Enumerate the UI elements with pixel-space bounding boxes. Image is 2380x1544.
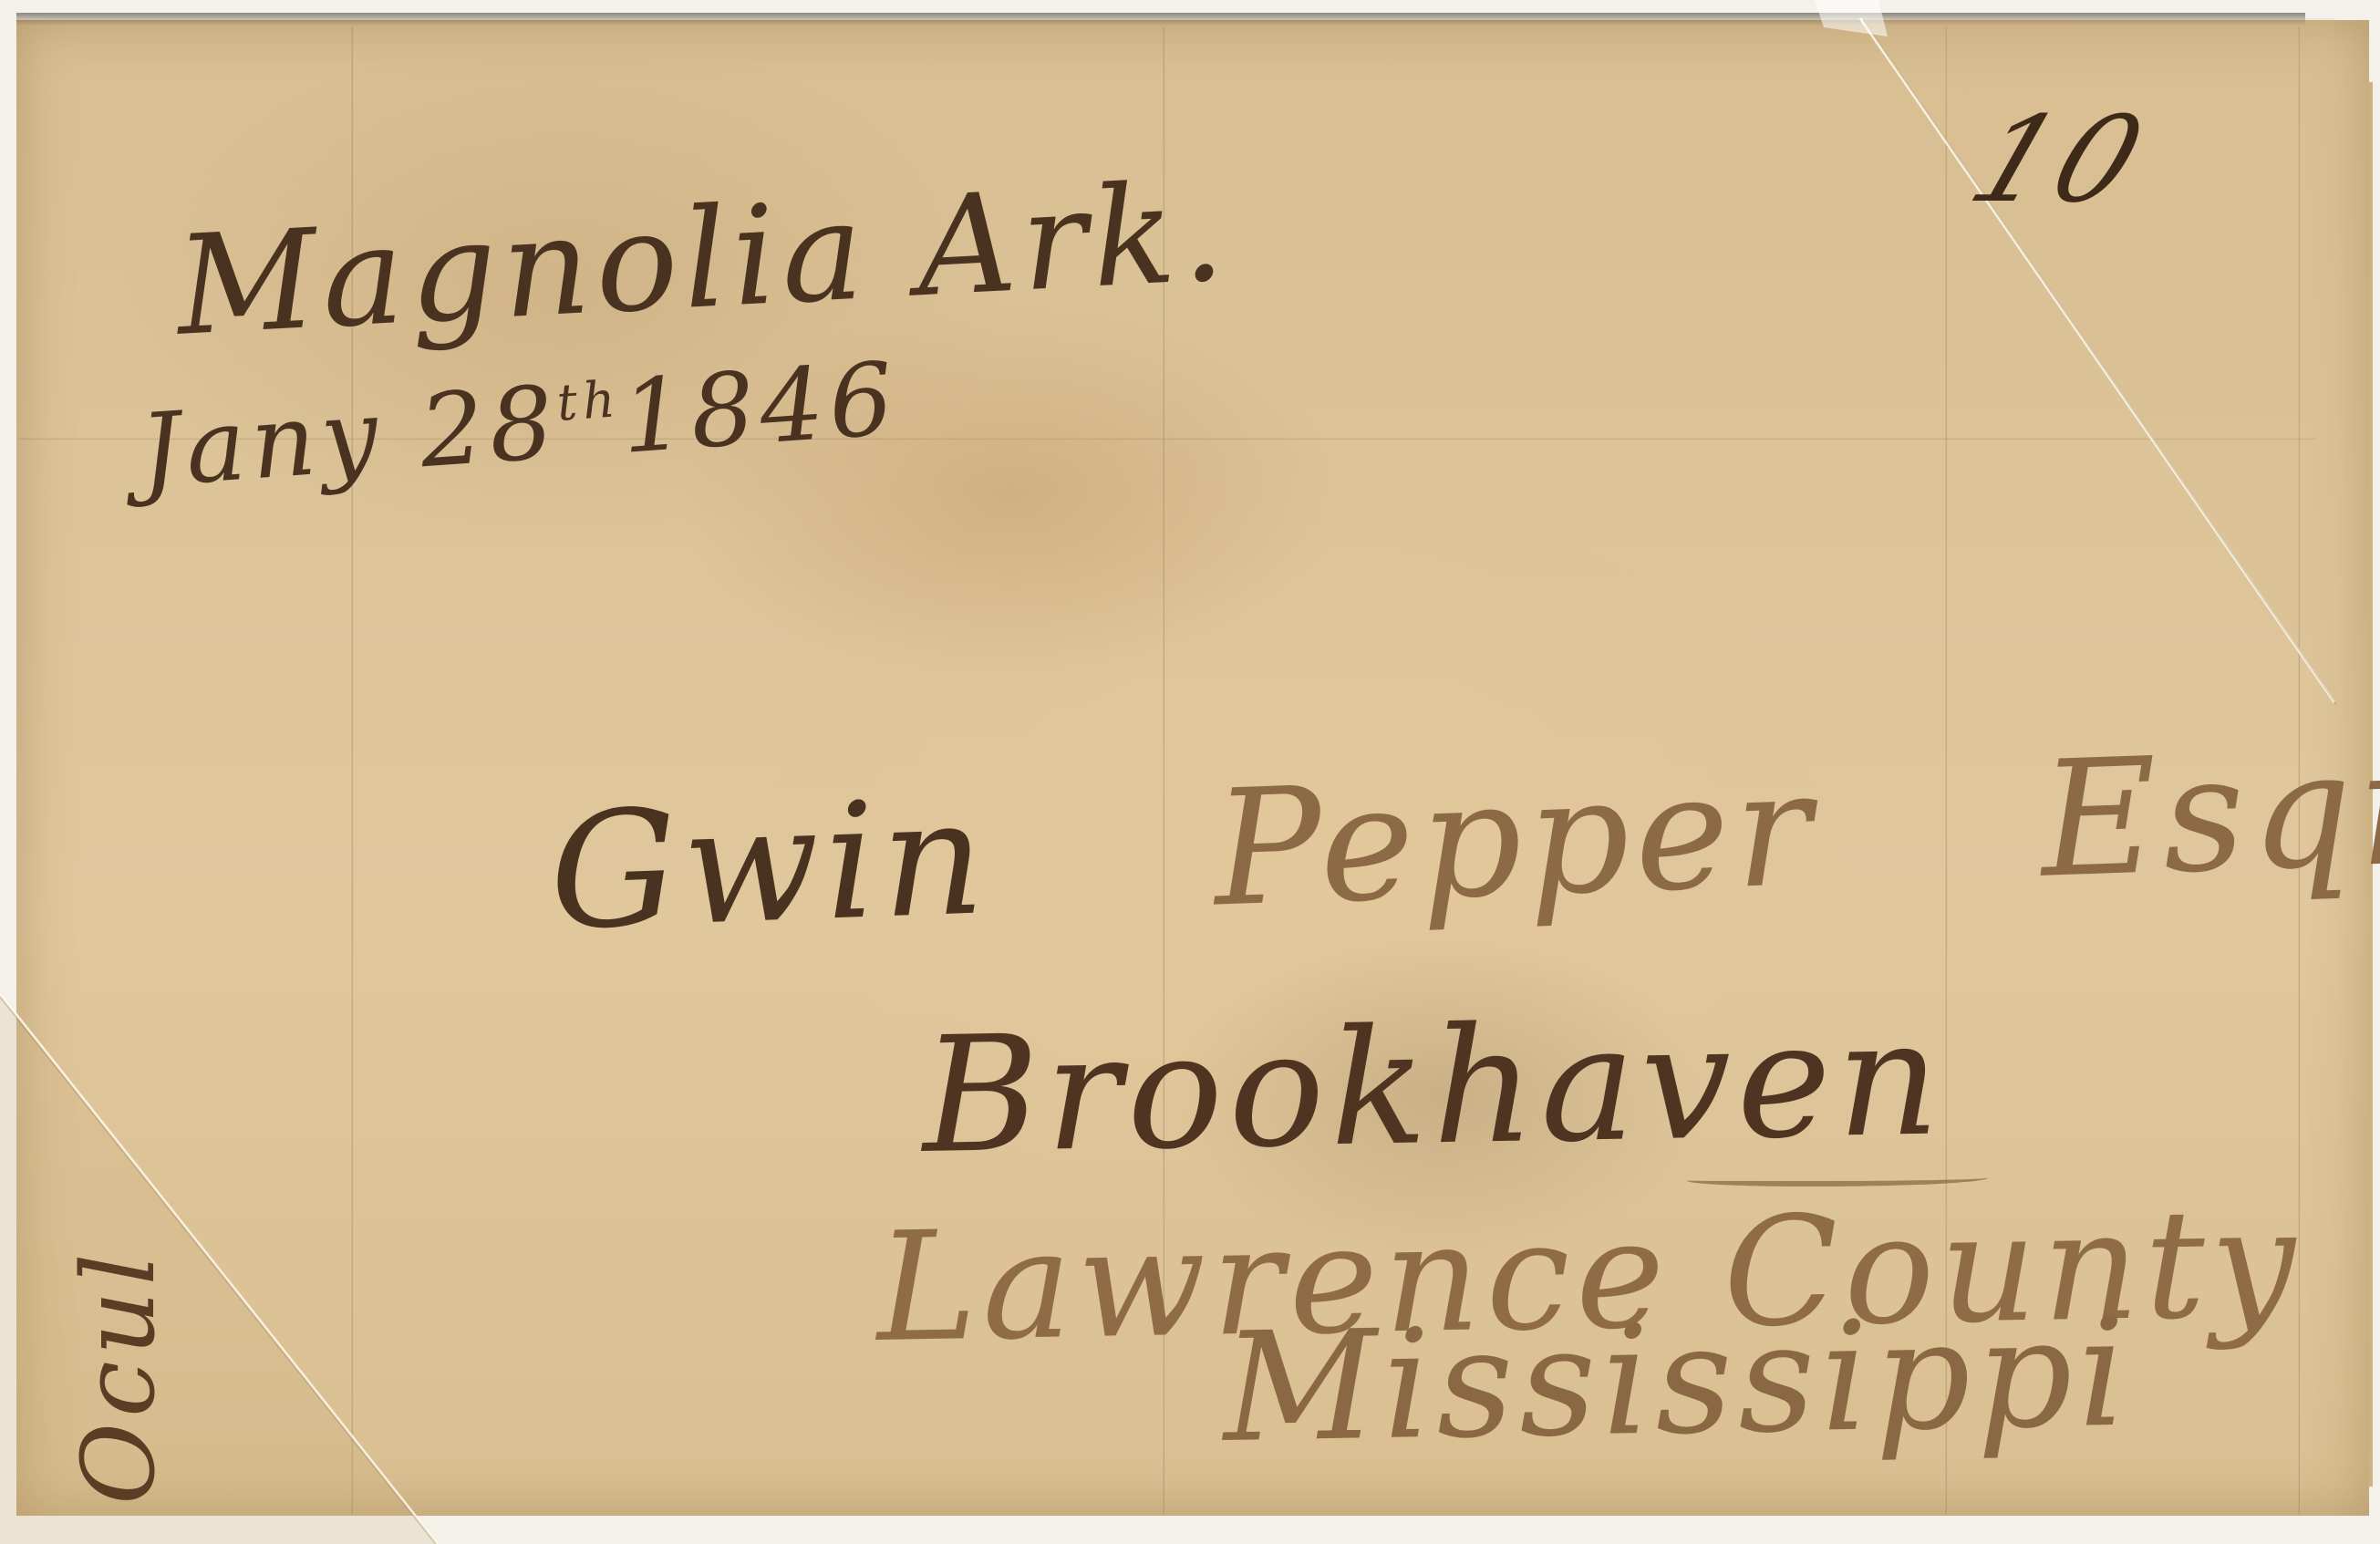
- addressee-title: Esqr.: [2038, 713, 2380, 914]
- date-ordinal: th: [555, 369, 623, 432]
- margin-note-rotated: Ocul: [68, 1248, 169, 1505]
- addressee-last-name: Pepper: [1211, 737, 1819, 943]
- date-year: 1846: [617, 340, 902, 476]
- addressee-first-name: Gwin: [547, 765, 993, 966]
- top-edge-shadow: [16, 13, 2305, 26]
- address-city: Brookhaven: [921, 999, 1946, 1176]
- address-state: Mississippi: [1222, 1298, 2133, 1464]
